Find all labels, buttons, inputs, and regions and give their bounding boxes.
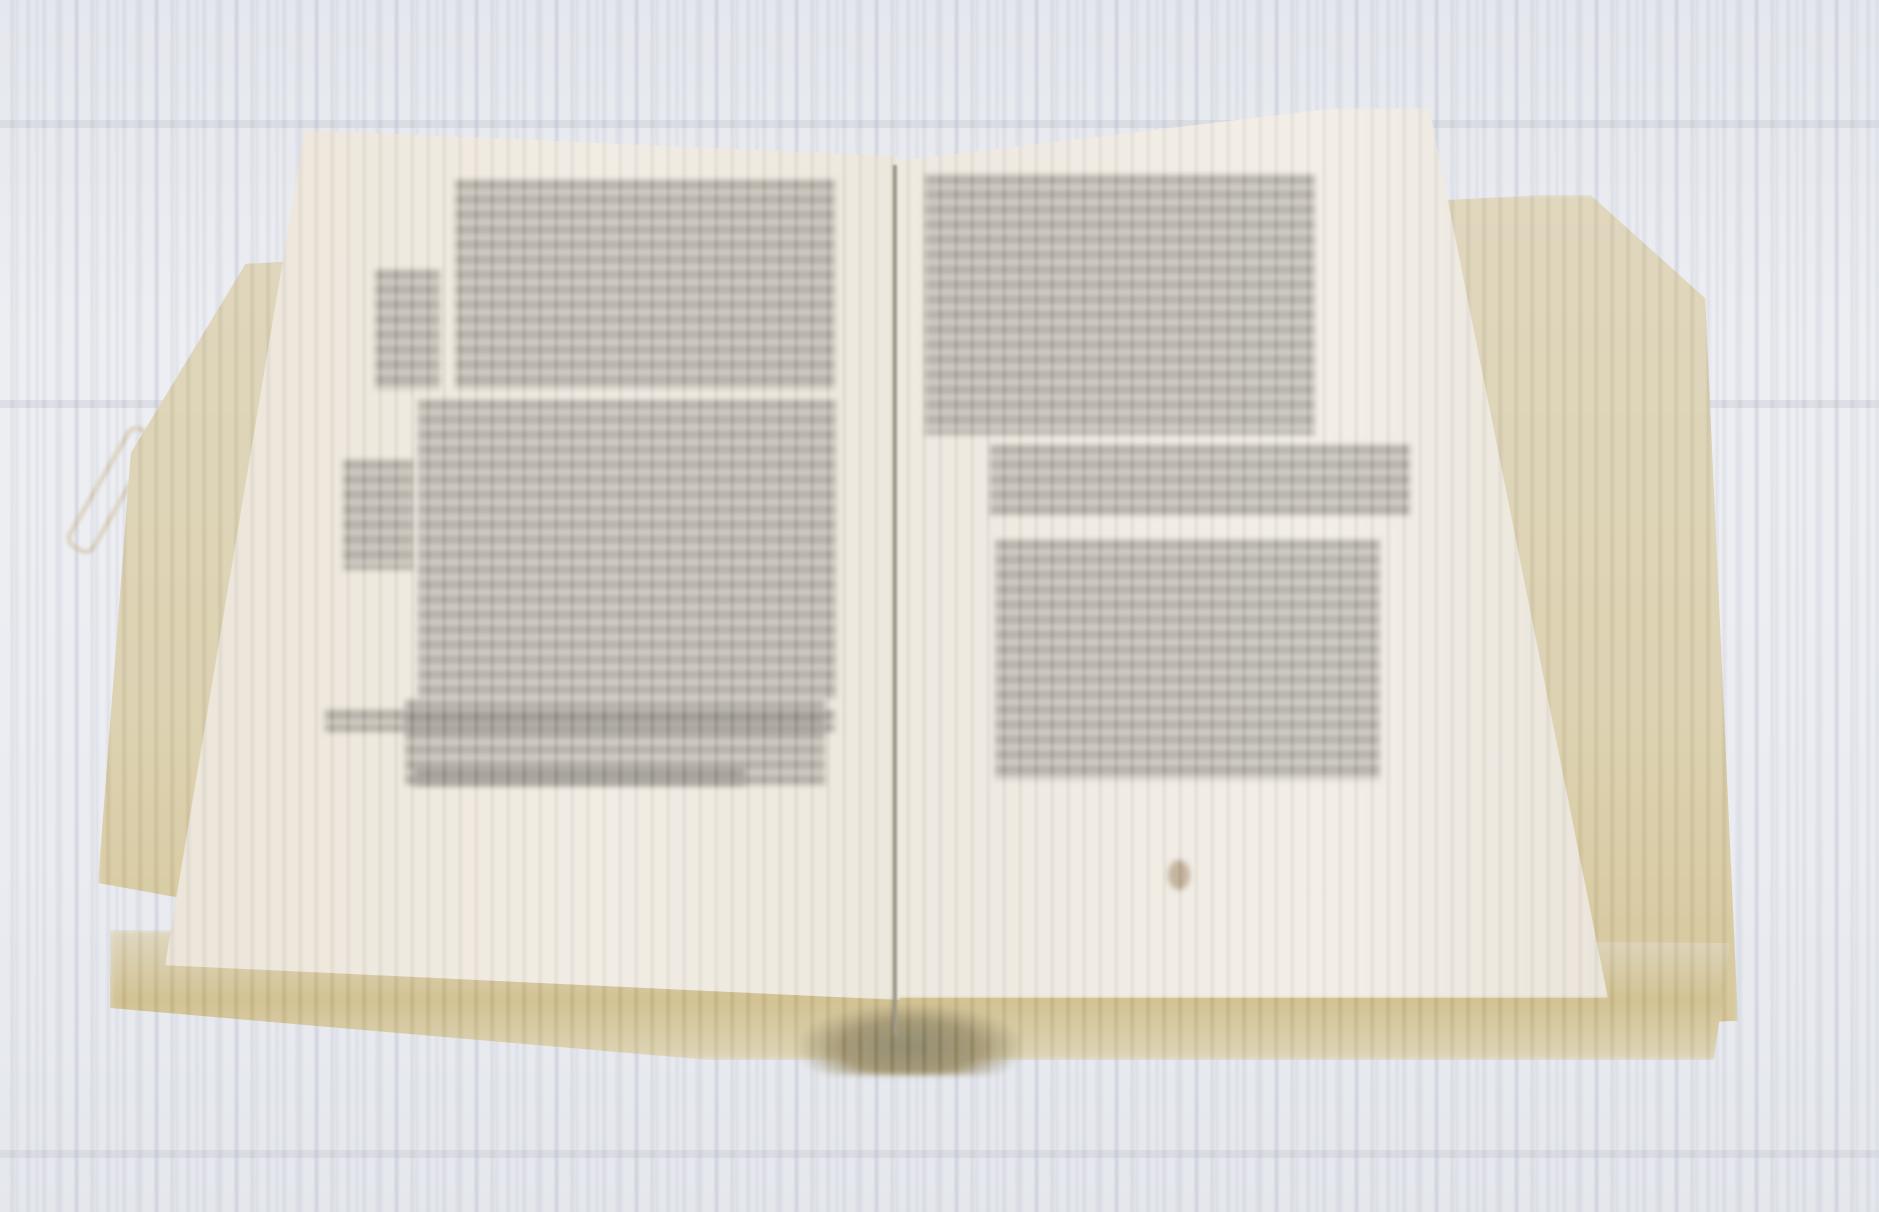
left-page-marginalia	[343, 460, 413, 570]
scene-description: Photograph of an old open book with blur…	[0, 0, 1, 1]
left-page-marginalia	[375, 270, 440, 390]
book-spine-end	[800, 1005, 1020, 1075]
right-page-text-block	[995, 540, 1380, 780]
book-gutter	[893, 165, 897, 1035]
left-page-text-block	[418, 400, 836, 700]
right-page-text-block	[925, 175, 1315, 435]
glass-reflection-band	[0, 1150, 1879, 1158]
left-page-text-block	[455, 180, 835, 390]
page-stain	[1168, 860, 1190, 890]
glass-reflection-band	[0, 120, 1879, 128]
left-page-footer-line	[415, 768, 745, 786]
left-page-footer-line	[325, 710, 835, 732]
right-page-heading	[990, 445, 1410, 515]
